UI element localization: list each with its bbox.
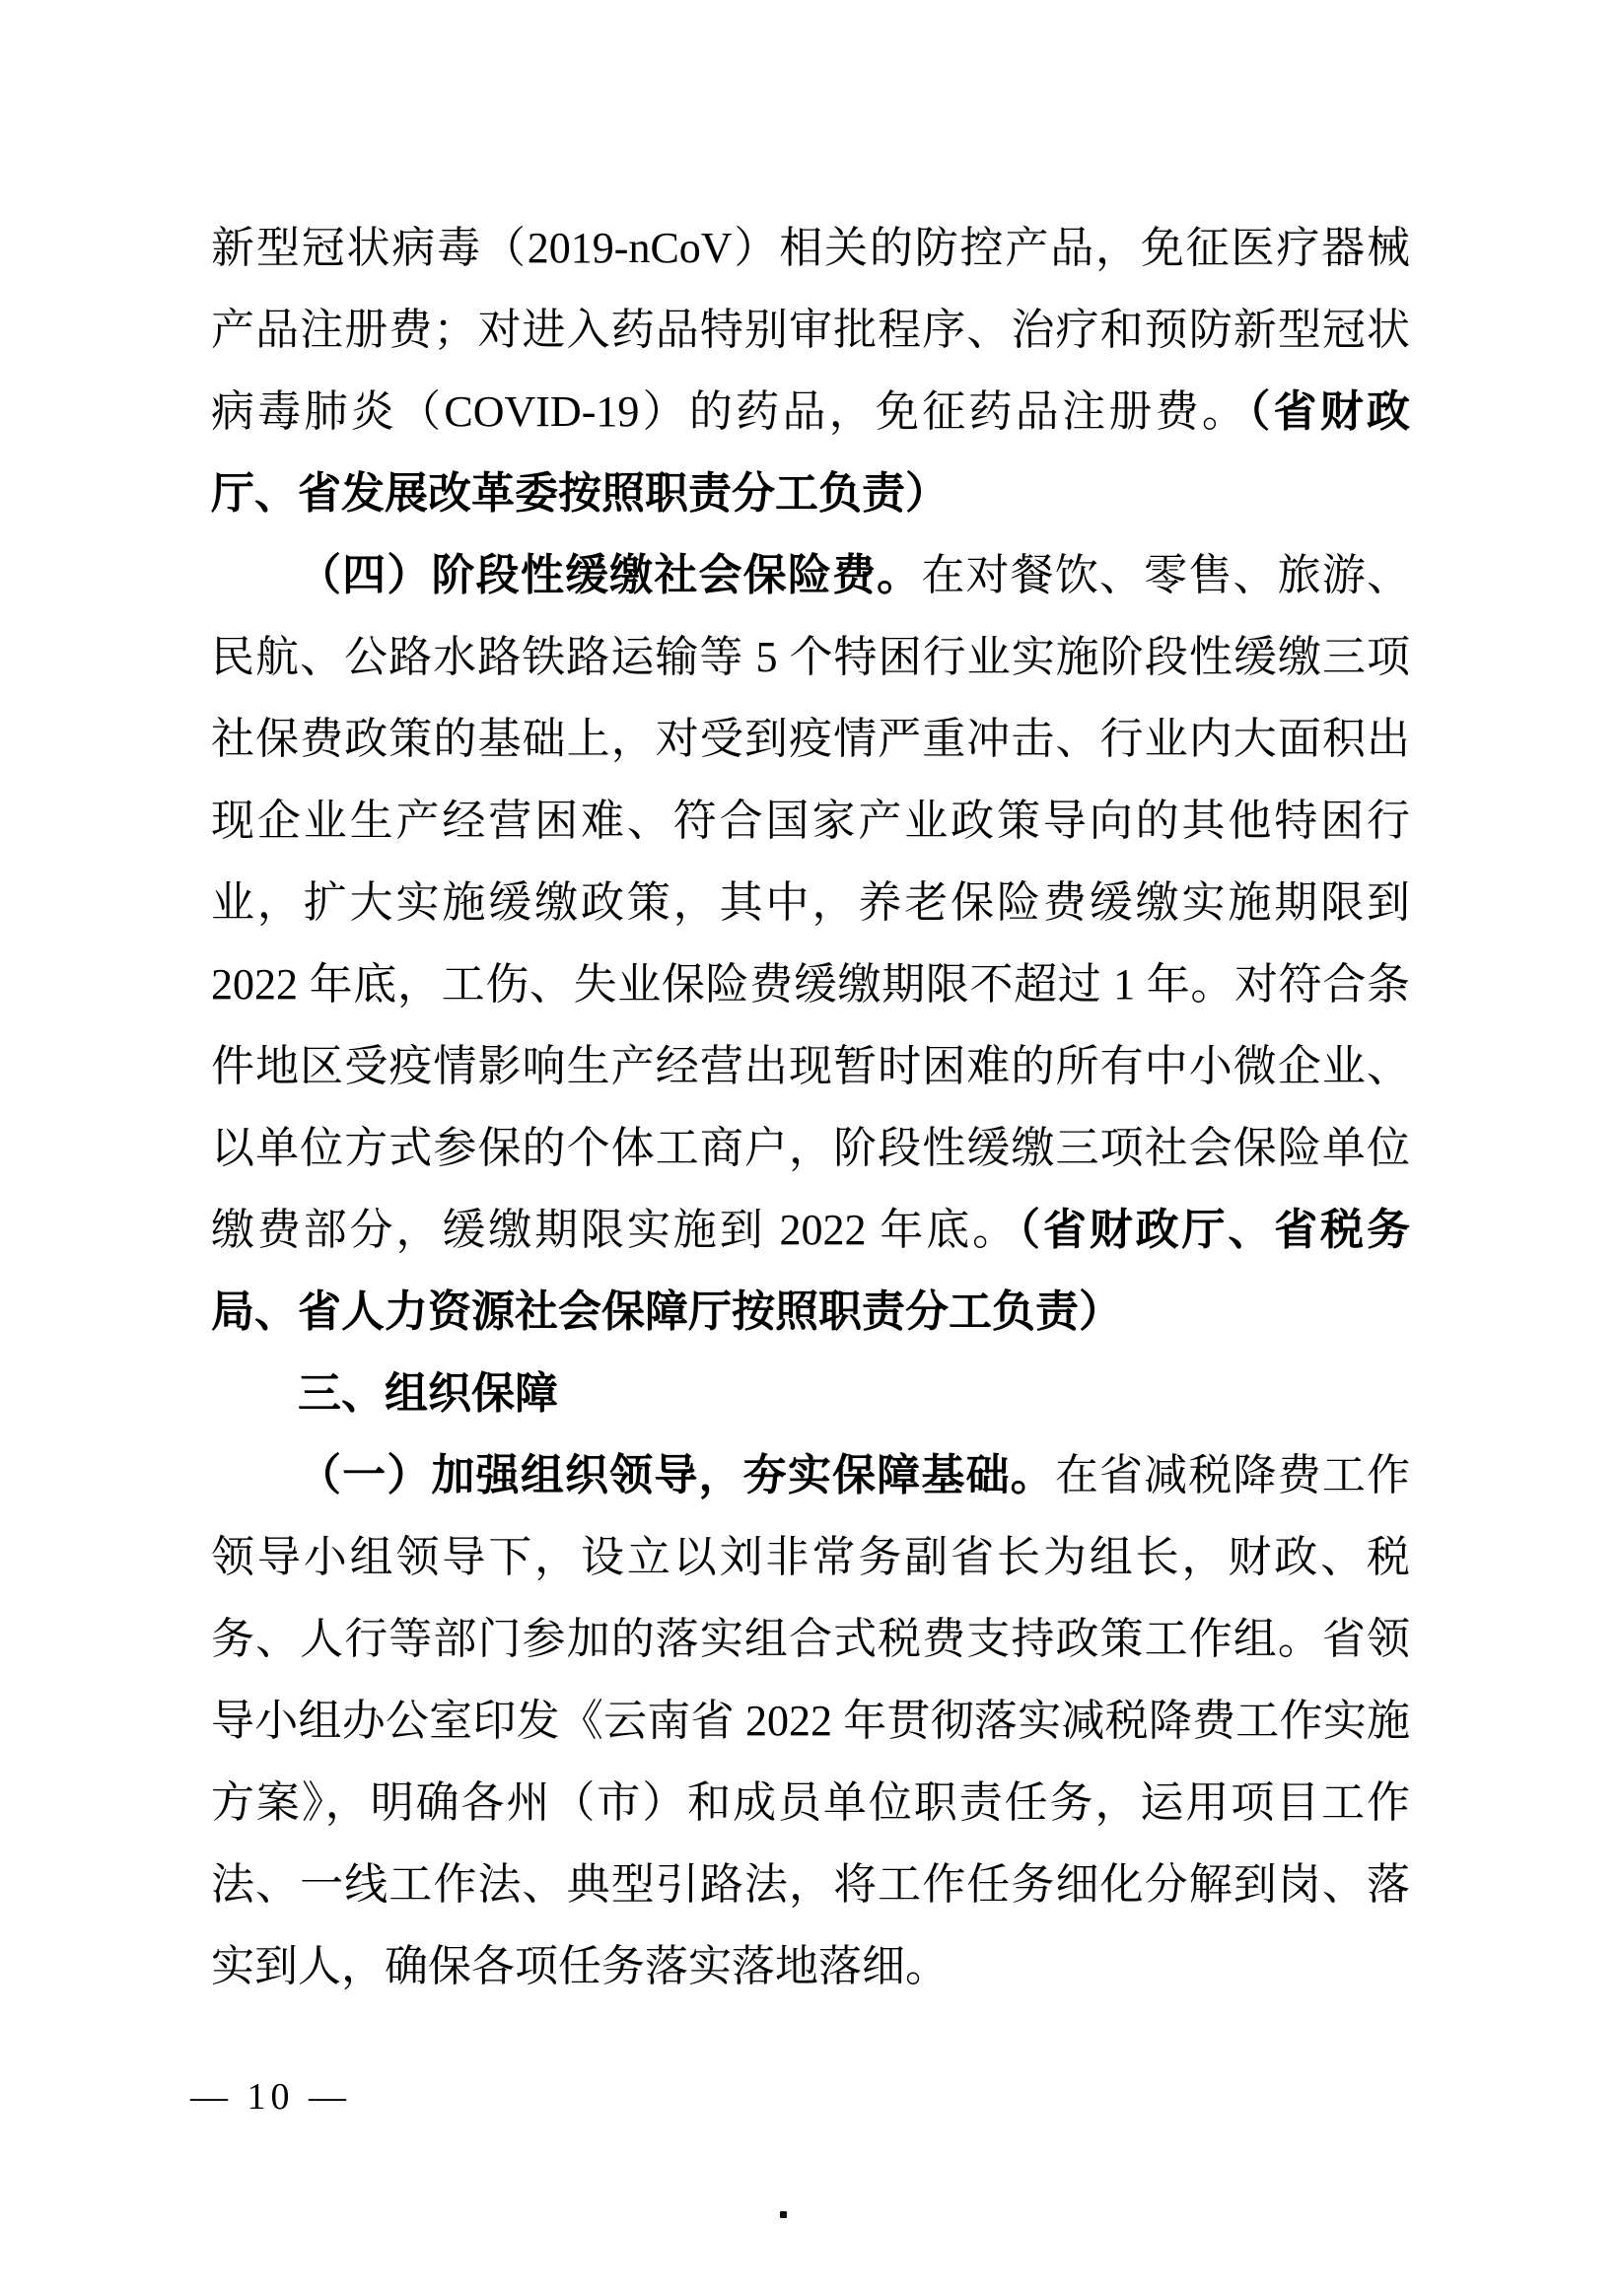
paragraph-item-1-lead: （一）加强组织领导，夯实保障基础。 <box>298 1451 1055 1499</box>
paragraph-item-4-lead: （四）阶段性缓缴社会保险费。 <box>298 551 921 599</box>
page-number: — 10 — <box>190 2076 351 2118</box>
paragraph-item-1: （一）加强组织领导，夯实保障基础。在省减税降费工作领导小组领导下，设立以刘非常务… <box>211 1434 1410 2007</box>
ink-dot-artifact <box>780 2211 787 2218</box>
paragraph-item-4-text: 在对餐饮、零售、旅游、民航、公路水路铁路运输等 5 个特困行业实施阶段性缓缴三项… <box>211 551 1410 1254</box>
paragraph-item-4: （四）阶段性缓缴社会保险费。在对餐饮、零售、旅游、民航、公路水路铁路运输等 5 … <box>211 534 1410 1353</box>
document-page: 新型冠状病毒（2019-nCoV）相关的防控产品，免征医疗器械产品注册费；对进入… <box>0 0 1621 2296</box>
paragraph-continuation-text: 新型冠状病毒（2019-nCoV）相关的防控产品，免征医疗器械产品注册费；对进入… <box>211 224 1410 436</box>
paragraph-item-1-text: 在省减税降费工作领导小组领导下，设立以刘非常务副省长为组长，财政、税务、人行等部… <box>211 1451 1410 1990</box>
document-body: 新型冠状病毒（2019-nCoV）相关的防控产品，免征医疗器械产品注册费；对进入… <box>211 207 1410 2007</box>
paragraph-continuation: 新型冠状病毒（2019-nCoV）相关的防控产品，免征医疗器械产品注册费；对进入… <box>211 207 1410 534</box>
section-heading: 三、组织保障 <box>211 1353 1410 1434</box>
